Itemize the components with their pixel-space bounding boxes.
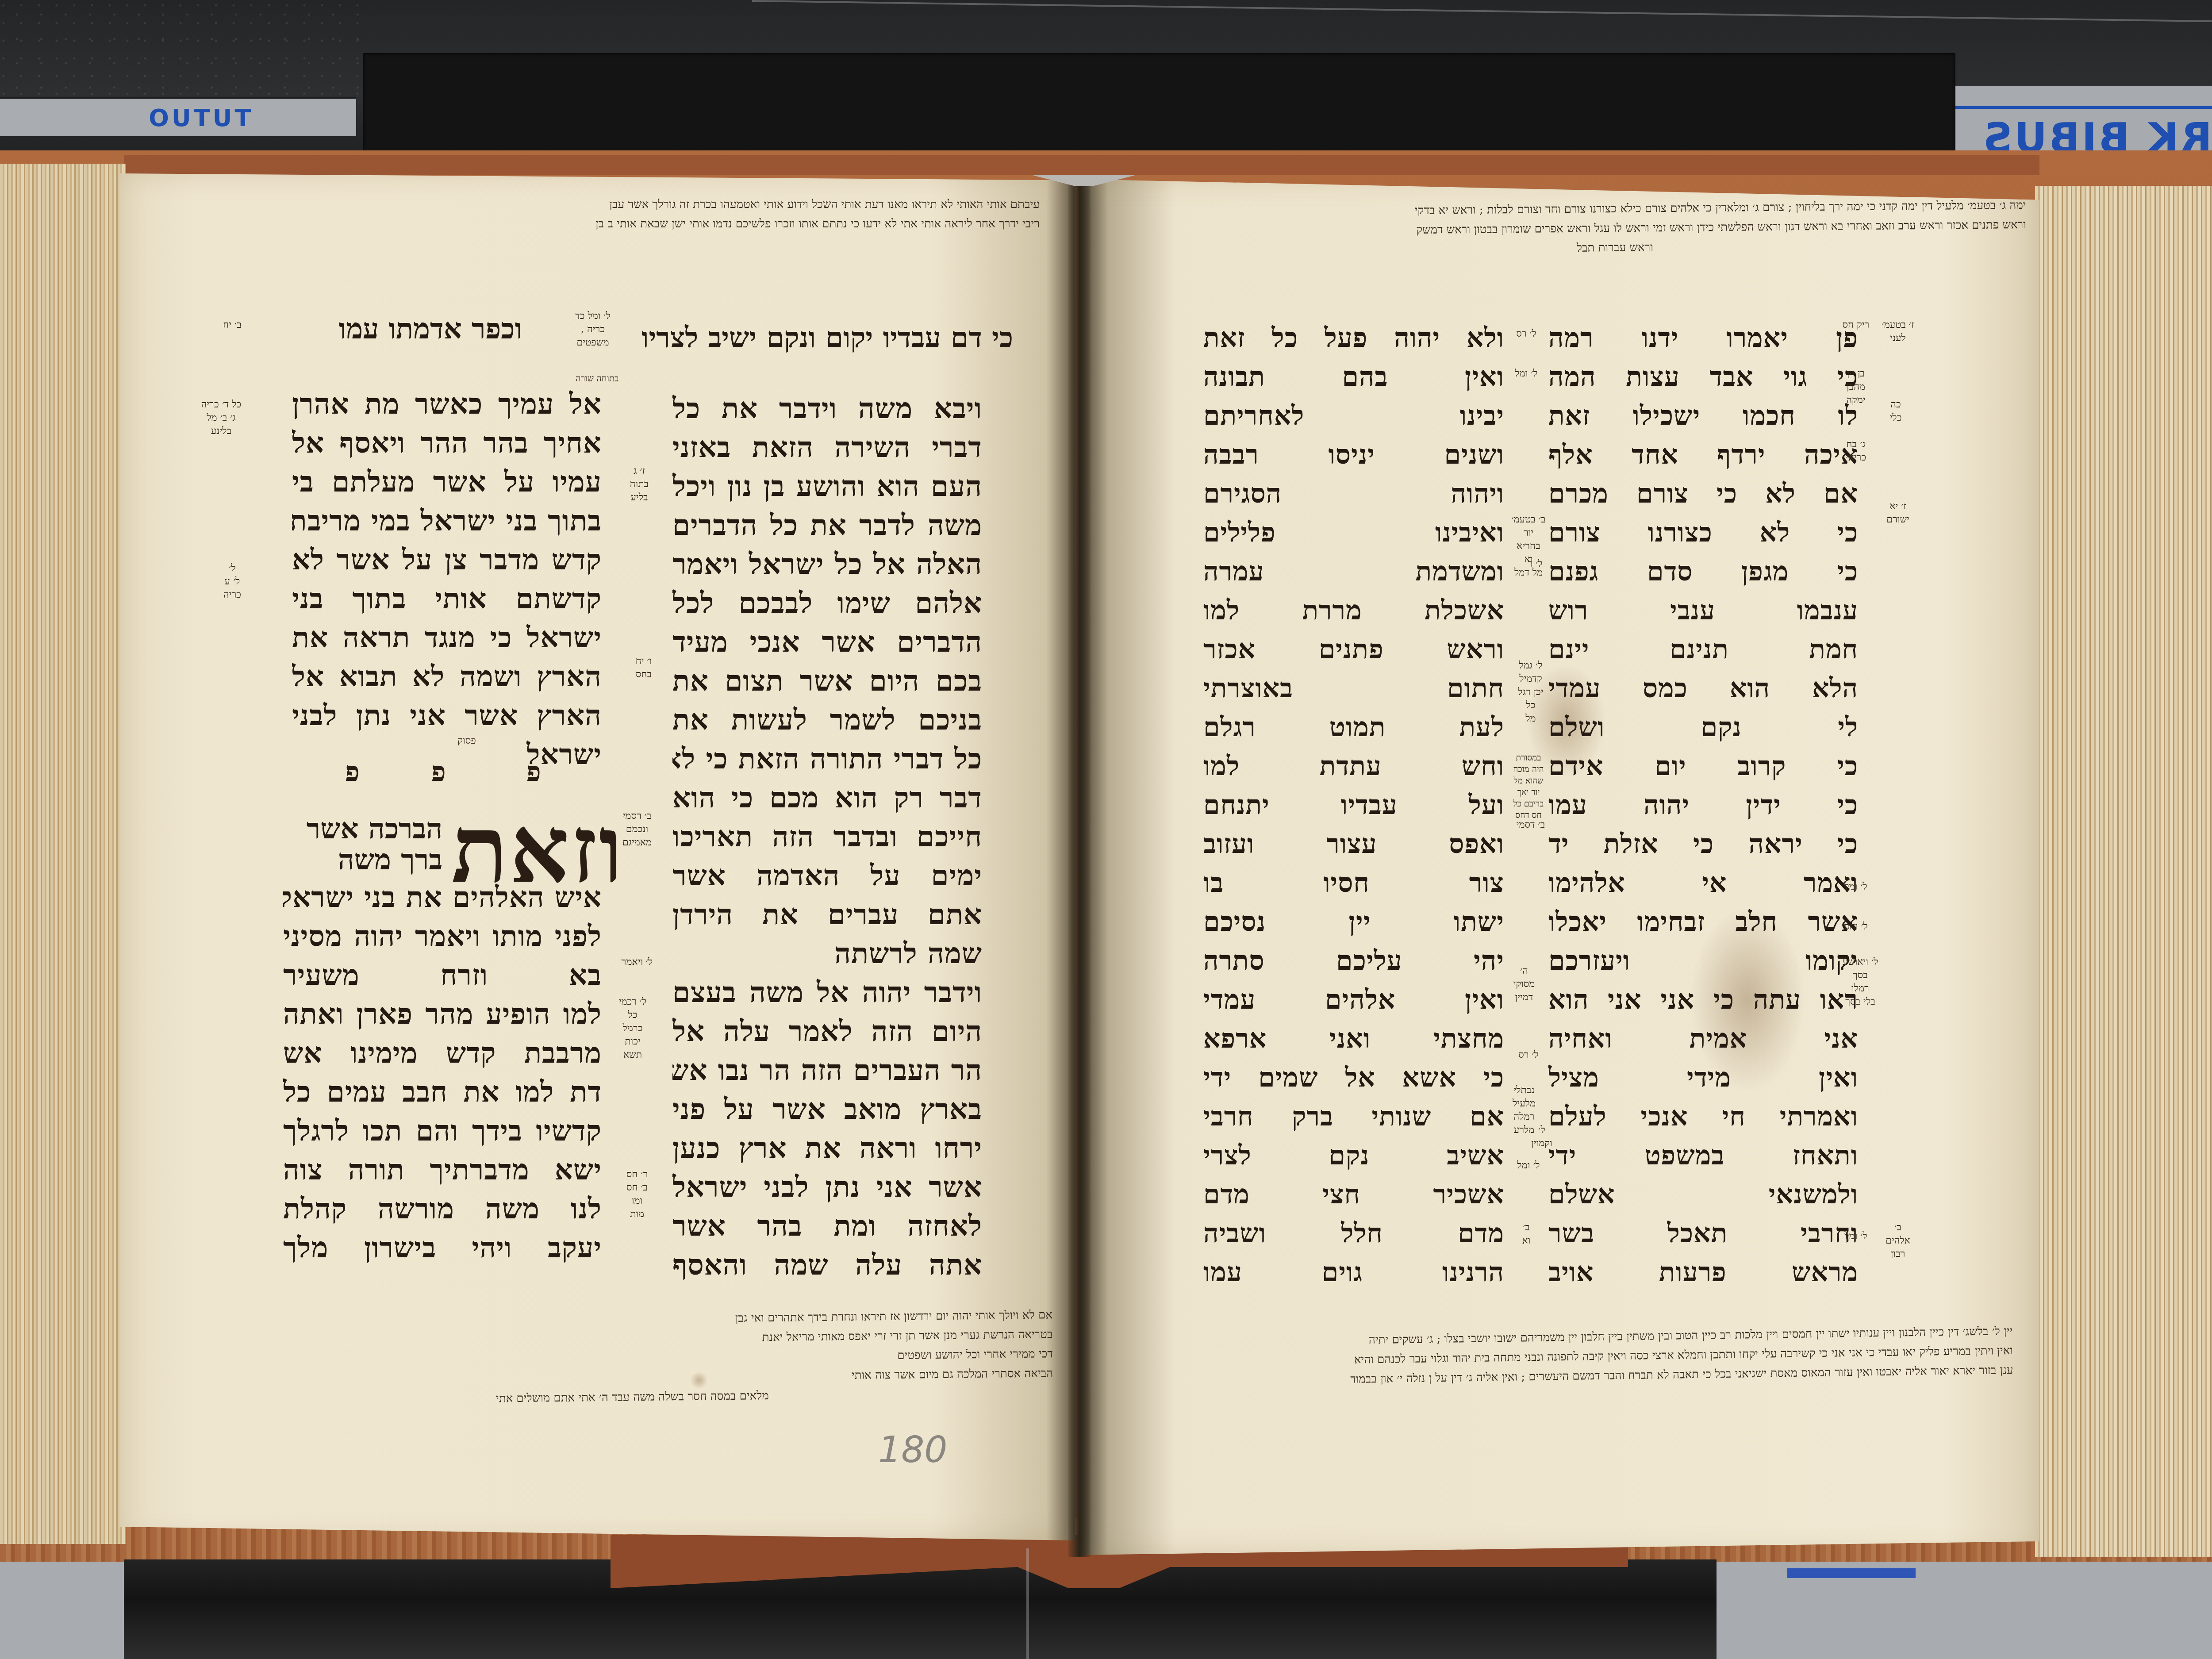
marginal-note: כל ד׳ כריה ג׳ ב׳ מל בלינע: [190, 398, 252, 438]
right-page-right-column: פן יאמרו ידנו רמה כי גוי אבד עצות המה לו…: [1548, 319, 1858, 1292]
text-line: ישתו יין נסיכם: [1203, 902, 1504, 941]
text-line: לפני מותו ויאמר יהוה מסיני: [283, 917, 602, 956]
text-line: ולמשנאי אשלם: [1548, 1175, 1858, 1214]
text-line: קדשתם אותי בתוך בני: [292, 580, 602, 618]
text-line: ועל עבדיו יתנחם: [1203, 786, 1504, 825]
text-line: הלא הוא כמס עמדי: [1548, 669, 1858, 708]
text-line: ראו עתה כי אני אני הוא: [1548, 980, 1858, 1019]
marginal-note: ר׳ חס ב׳ חס ומו מות: [611, 1168, 664, 1221]
text-line: כי אשא אל שמים ידי: [1203, 1058, 1504, 1097]
text-line: יהי עליכם סתרה: [1203, 941, 1504, 980]
text-line: ואין בהם תבונה: [1203, 357, 1504, 396]
text-line: לעת תמוט רגלם: [1203, 708, 1504, 747]
text-line: הדברים אשר אנכי מעיד: [672, 623, 982, 662]
text-line: ישא מדברתיך תורה צוה: [283, 1151, 602, 1190]
text-line: ואפס עצור ועזוב: [1203, 825, 1504, 864]
text-line: כי יראה כי אזלת יד: [1548, 825, 1858, 864]
text-line: יבינו לאחריתם: [1203, 396, 1504, 435]
page-edges-right: [2035, 186, 2212, 1557]
marginal-note: ל׳ רס: [1509, 1048, 1548, 1062]
text-line: כי ידין יהוה עמו: [1548, 786, 1858, 825]
text-line: וידבר יהוה אל משה בעצם: [672, 973, 982, 1012]
blue-label-fragment: [1787, 1568, 1916, 1578]
marginal-note: במסורת היה מוכח שהוא מל יוד יאך בריבם כל…: [1504, 752, 1553, 821]
label-rule-top: [1955, 106, 2212, 109]
text-line: איכה ירדף אחד אלף: [1548, 435, 1858, 474]
text-line: צור חסיו בו: [1203, 864, 1504, 902]
text-line: ימים על האדמה אשר: [672, 856, 982, 895]
heading-note: בתוחה שורה: [549, 372, 646, 385]
text-line: אשר אני נתן לבני ישראל: [672, 1168, 982, 1207]
text-line: ומשדמת עמרה: [1203, 552, 1504, 591]
marginal-note: ז׳ ג בתוה בליע: [615, 465, 664, 504]
text-line: הרנינו גוים עמו: [1203, 1253, 1504, 1292]
page-edges-left: [0, 164, 126, 1544]
marginal-note: ל׳ גמל קדמיל יכן דגל: [1509, 659, 1553, 699]
verse-heading-left: וכפר אדמתו עמו: [283, 310, 522, 349]
marginal-note: ריק חס: [1836, 319, 1876, 332]
text-line: אל עמיך כאשר מת אהרן: [292, 385, 602, 424]
text-line: משה לדבר את כל הדברים: [672, 506, 982, 545]
marginal-note: ל׳ ומל כד כריה , משפטים: [549, 310, 637, 349]
marginal-note: ב׳ וא: [1509, 1221, 1544, 1248]
marginal-note: ז׳ יא ישורם: [1876, 500, 1920, 526]
text-line: בארץ מואב אשר על פני: [672, 1090, 982, 1129]
masorah-magna-top-left: עיבתם אותי האותי לא תיראו מאנו דעת אותי …: [257, 195, 1040, 234]
text-line: כי קרוב יום אידם: [1548, 747, 1858, 786]
text-line: יקומו ויעזרכם: [1548, 941, 1858, 980]
text-line: דברי השירה הזאת באזני: [672, 428, 982, 467]
marginal-note: פסוק: [442, 734, 491, 748]
text-line: בניכם לשמר לעשות את: [672, 701, 982, 740]
text-line: קדש מדבר צן על אשר לא: [292, 541, 602, 580]
text-line: לאחזה ומת בהר אשר: [672, 1207, 982, 1246]
text-line: ענבמו ענבי רוש: [1548, 591, 1858, 630]
text-line: קדשיו בידך והם תכו לרגלך: [283, 1112, 602, 1151]
text-line: פן יאמרו ידנו רמה: [1548, 319, 1858, 357]
text-line: ואמר אי אלהימו: [1548, 864, 1858, 902]
text-line: ואין אלהים עמדי: [1203, 980, 1504, 1019]
black-support-block: [363, 53, 1955, 155]
marginal-note: ל׳ ומל: [1509, 1159, 1548, 1172]
text-line: לנו משה מורשה קהלת: [283, 1190, 602, 1229]
text-line: ברך משה: [296, 841, 442, 879]
text-line: דת למו את חבב עמים כל: [283, 1073, 602, 1112]
masorah-magna-top-right: ימה ג׳ בטעמ׳ מלעיל דין ימה קדני כי ימה י…: [1203, 196, 2026, 261]
text-line: עמיו על אשר מעלתם בי: [292, 463, 602, 502]
marginal-note: ב׳ אלהים רבון: [1876, 1221, 1920, 1261]
text-line: לי נקם ושלם: [1548, 708, 1858, 747]
text-line: ואין מידי מציל: [1548, 1058, 1858, 1097]
text-line: בכם היום אשר תצום את: [672, 662, 982, 701]
petucha-marker: פ: [526, 757, 541, 787]
marginal-note: ו׳ יח בחס: [619, 655, 668, 681]
text-line: ישראל כי מנגד תראה את: [292, 618, 602, 657]
marginal-note: בן יין מהבן ימקה: [1836, 367, 1876, 407]
text-line: אשכלת מררת למו: [1203, 591, 1504, 630]
text-line: אם לא כי צורם מכרם: [1548, 474, 1858, 513]
marginal-note: ז׳ בטעמ׳ לעני: [1876, 319, 1920, 345]
text-line: ותאחז במשפט ידי: [1548, 1136, 1858, 1175]
text-line: בא וזרח משעיר: [283, 956, 602, 995]
text-line: ואיבינו פלילים: [1203, 513, 1504, 552]
marginal-note: ב׳ רסמי ונכמם מאמיגם: [606, 810, 668, 849]
text-line: חייכם ובדבר הזה תאריכו: [672, 818, 982, 856]
text-line: שמה לרשתה: [672, 934, 982, 973]
text-line: איש האלהים את בני ישראל: [283, 878, 602, 917]
text-line: וראש פתנים אכזר: [1203, 630, 1504, 669]
text-line: אני אמית ואחיה: [1548, 1019, 1858, 1058]
marginal-note: ל׳ ויאושע בסך רמלו בלי בסך: [1836, 956, 1885, 1009]
petucha-marker: פ: [431, 757, 446, 787]
text-line: וחרבי תאכל בשר: [1548, 1214, 1858, 1253]
label-text-left: TUTUO: [0, 103, 356, 134]
text-line: היום הזה לאמר עלה אל: [672, 1012, 982, 1051]
text-line: הארץ אשר אני נתן לבני: [292, 696, 602, 735]
text-line: חמת תנינם יינם: [1548, 630, 1858, 669]
text-line: ויבא משה וידבר את כל: [672, 389, 982, 428]
marginal-note: ל׳ וחס: [1836, 920, 1876, 933]
text-line: אם שנותי ברק חרבי: [1203, 1097, 1504, 1136]
text-line: מחצתי ואני ארפא: [1203, 1019, 1504, 1058]
text-line: אשכיר חצי מדם: [1203, 1175, 1504, 1214]
text-line: מראש פרעות אויב: [1548, 1253, 1858, 1292]
marginal-note: ג׳ בח כריאי: [1836, 438, 1876, 465]
text-line: וחש עתדת למו: [1203, 747, 1504, 786]
text-line: ולא יהוה פעל כל זאת: [1203, 319, 1504, 357]
folio-number: 180: [878, 1429, 948, 1471]
black-support-block-bottom: [124, 1559, 1717, 1659]
text-line: בתוך בני ישראל במי מריבת: [292, 502, 602, 541]
marginal-note: כה כלי: [1876, 398, 1916, 425]
text-line: הארץ ושמה לא תבוא אל: [292, 657, 602, 696]
marginal-note: ל׳ רס: [1504, 327, 1548, 341]
masorah-line: עיבתם אותי האותי לא תיראו מאנו דעת אותי …: [257, 195, 1040, 214]
text-line: לו חכמו ישכילו זאת: [1548, 396, 1858, 435]
left-page-left-column-top: אל עמיך כאשר מת אהרן אחיך בהר ההר ויאסף …: [292, 385, 602, 774]
left-page-left-column-bottom: איש האלהים את בני ישראל לפני מותו ויאמר …: [283, 878, 602, 1267]
right-page-left-column: ולא יהוה פעל כל זאת ואין בהם תבונה יבינו…: [1203, 319, 1504, 1292]
glass-edge-reflection: [1026, 1548, 1029, 1659]
marginal-note: ה׳ מסוקי דמיין: [1504, 964, 1544, 1004]
text-line: מרבבת קדש מימינו אש: [283, 1034, 602, 1073]
text-line: ויהוה הסגירם: [1203, 474, 1504, 513]
text-line: אשר חלב זבחימו יאכלו: [1548, 902, 1858, 941]
speckled-surface: [0, 0, 363, 97]
text-line: אתם עברים את הירדן: [672, 895, 982, 934]
text-line: דבר רק הוא מכם כי הוא: [672, 779, 982, 818]
text-line: האלה אל כל ישראל ויאמר: [672, 545, 982, 584]
marginal-note: ל׳ רכמי כל כרמל יכות תשא: [602, 995, 664, 1062]
verse-heading-right: כי דם עבדיו יקום ונקם ישיב לצריו: [677, 319, 1013, 357]
gutter: [1068, 177, 1091, 1557]
marginal-note: ל׳ ומל: [1836, 1230, 1876, 1243]
marginal-note: כל מל: [1513, 699, 1548, 726]
marginal-note: ל׳ ומל: [1836, 880, 1876, 894]
marginal-note: ל׳ וקמוין: [1522, 1124, 1562, 1150]
marginal-note: ל׳ ל׳ ע כריה: [208, 562, 257, 602]
left-page-right-column: ויבא משה וידבר את כל דברי השירה הזאת באז…: [672, 389, 982, 1285]
text-line: הר העברים הזה הר נבו אשר: [672, 1051, 982, 1090]
marginal-note: ב׳ יח: [208, 319, 257, 332]
text-line: אלהם שימו לבבכם לכל: [672, 584, 982, 623]
text-line: ושנים יניסו רבבה: [1203, 435, 1504, 474]
text-line: יעקב ויהי בישרון מלך: [283, 1229, 602, 1267]
text-line: למו הופיע מהר פארן ואתה: [283, 995, 602, 1034]
text-line: כי לא כצורנו צורם: [1548, 513, 1858, 552]
text-line: ירחו וראה את ארץ כנען: [672, 1129, 982, 1168]
text-line: כי גוי אבד עצות המה: [1548, 357, 1858, 396]
marginal-note: ל׳ ויאמר: [606, 956, 668, 969]
binding-top-edge: [124, 155, 2039, 175]
text-line: אחיך בהר ההר ויאסף אל: [292, 424, 602, 463]
text-line: אתה עלה שמה והאסף: [672, 1246, 982, 1285]
marginal-note: ל׳ ומל: [1504, 367, 1548, 380]
masorah-line: ריבי ידרך אחר ליראה אותי אתי לא ידעו כי …: [257, 214, 1040, 234]
marginal-note: ב׳ דסמי: [1513, 818, 1548, 832]
text-line: כל דברי התורה הזאת כי לא: [672, 740, 982, 779]
petucha-marker: פ: [345, 757, 360, 787]
masorah-magna-bottom-left: אם לא ויולך אותי יהוה יום ירדשון אז תירא…: [230, 1305, 1053, 1411]
text-line: אשיב נקם לצרי: [1203, 1136, 1504, 1175]
text-line: חתום באוצרתי: [1203, 669, 1504, 708]
text-line: העם הוא והושע בן נון ויכל: [672, 467, 982, 506]
text-line: ואמרתי חי אנכי לעלם: [1548, 1097, 1858, 1136]
masorah-magna-bottom-right: יין ל׳ בלשג׳ דין כיין הלבנון ויין ענותיו…: [1185, 1321, 2013, 1391]
text-line: מדם חלל ושביה: [1203, 1214, 1504, 1253]
marginal-note: ל׳ ר: [1517, 557, 1553, 571]
text-line: כי מגפן סדם גפנם: [1548, 552, 1858, 591]
